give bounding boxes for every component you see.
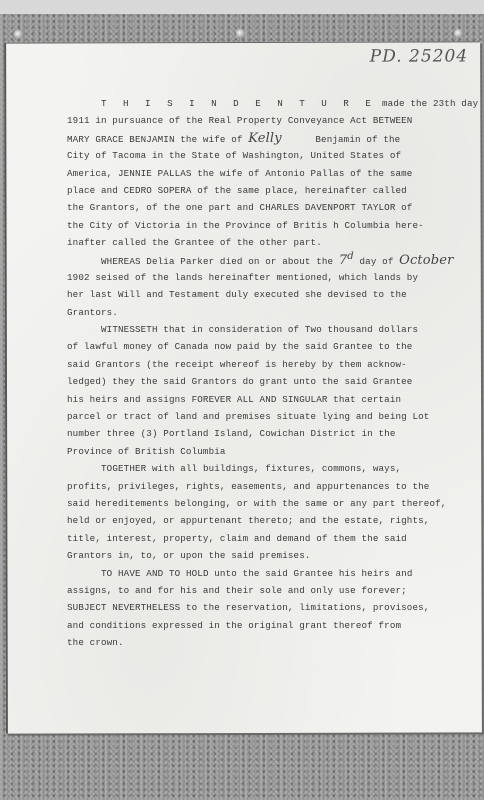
text-line: Province of British Columbia [67, 443, 467, 460]
document-body: T H I S I N D E N T U R E made the 23th … [67, 95, 467, 652]
text-line: TO HAVE AND TO HOLD unto the said Grante… [67, 565, 467, 582]
text-line: SUBJECT NEVERTHELESS to the reservation,… [67, 599, 467, 616]
text-line: MARY GRACE BENJAMIN the wife of Kelly Be… [67, 130, 467, 147]
text-line: of lawful money of Canada now paid by th… [67, 338, 467, 355]
text-line: ledged) they the said Grantors do grant … [67, 373, 467, 390]
text-line: City of Tacoma in the State of Washingto… [67, 147, 467, 164]
text-line: parcel or tract of land and premises sit… [67, 408, 467, 425]
text-line: WITNESSETH that in consideration of Two … [67, 321, 467, 338]
reference-number: PD. 25204 [370, 46, 468, 66]
text-line: his heirs and assigns FOREVER ALL AND SI… [67, 391, 467, 408]
handwritten-name: Kelly [248, 131, 281, 146]
text-line: and conditions expressed in the original… [67, 617, 467, 634]
text-line: said Grantors (the receipt whereof is he… [67, 356, 467, 373]
text-line: number three (3) Portland Island, Cowich… [67, 425, 467, 442]
text-line: T H I S I N D E N T U R E made the 23th … [67, 95, 467, 112]
top-backing-strip [0, 0, 484, 14]
text-line: America, JENNIE PALLAS the wife of Anton… [67, 165, 467, 182]
text-line: title, interest, property, claim and dem… [67, 530, 467, 547]
text-line: Grantors in, to, or upon the said premis… [67, 547, 467, 564]
opening-word: T H I S I N D E N T U R E [101, 98, 376, 109]
text-line: her last Will and Testament duly execute… [67, 286, 467, 303]
text-line: the crown. [67, 634, 467, 651]
text-line: the City of Victoria in the Province of … [67, 217, 467, 234]
text-line: Grantors. [67, 304, 467, 321]
text-line: held or enjoyed, or appurtenant thereto;… [67, 512, 467, 529]
text-line: profits, privileges, rights, easements, … [67, 478, 467, 495]
text-line: 1902 seised of the lands hereinafter men… [67, 269, 467, 286]
text-line: the Grantors, of the one part and CHARLE… [67, 199, 467, 216]
text-line: place and CEDRO SOPERA of the same place… [67, 182, 467, 199]
text-line: 1911 in pursuance of the Real Property C… [67, 112, 467, 129]
text-line: inafter called the Grantee of the other … [67, 234, 467, 251]
rivet-icon [454, 29, 463, 38]
text-line: assigns, to and for his and their sole a… [67, 582, 467, 599]
rivet-icon [14, 30, 23, 39]
text-line: said hereditements belonging, or with th… [67, 495, 467, 512]
text-line: TOGETHER with all buildings, fixtures, c… [67, 460, 467, 477]
text-line: WHEREAS Delia Parker died on or about th… [67, 252, 467, 269]
rivet-icon [236, 29, 245, 38]
handwritten-month: October [399, 253, 453, 268]
